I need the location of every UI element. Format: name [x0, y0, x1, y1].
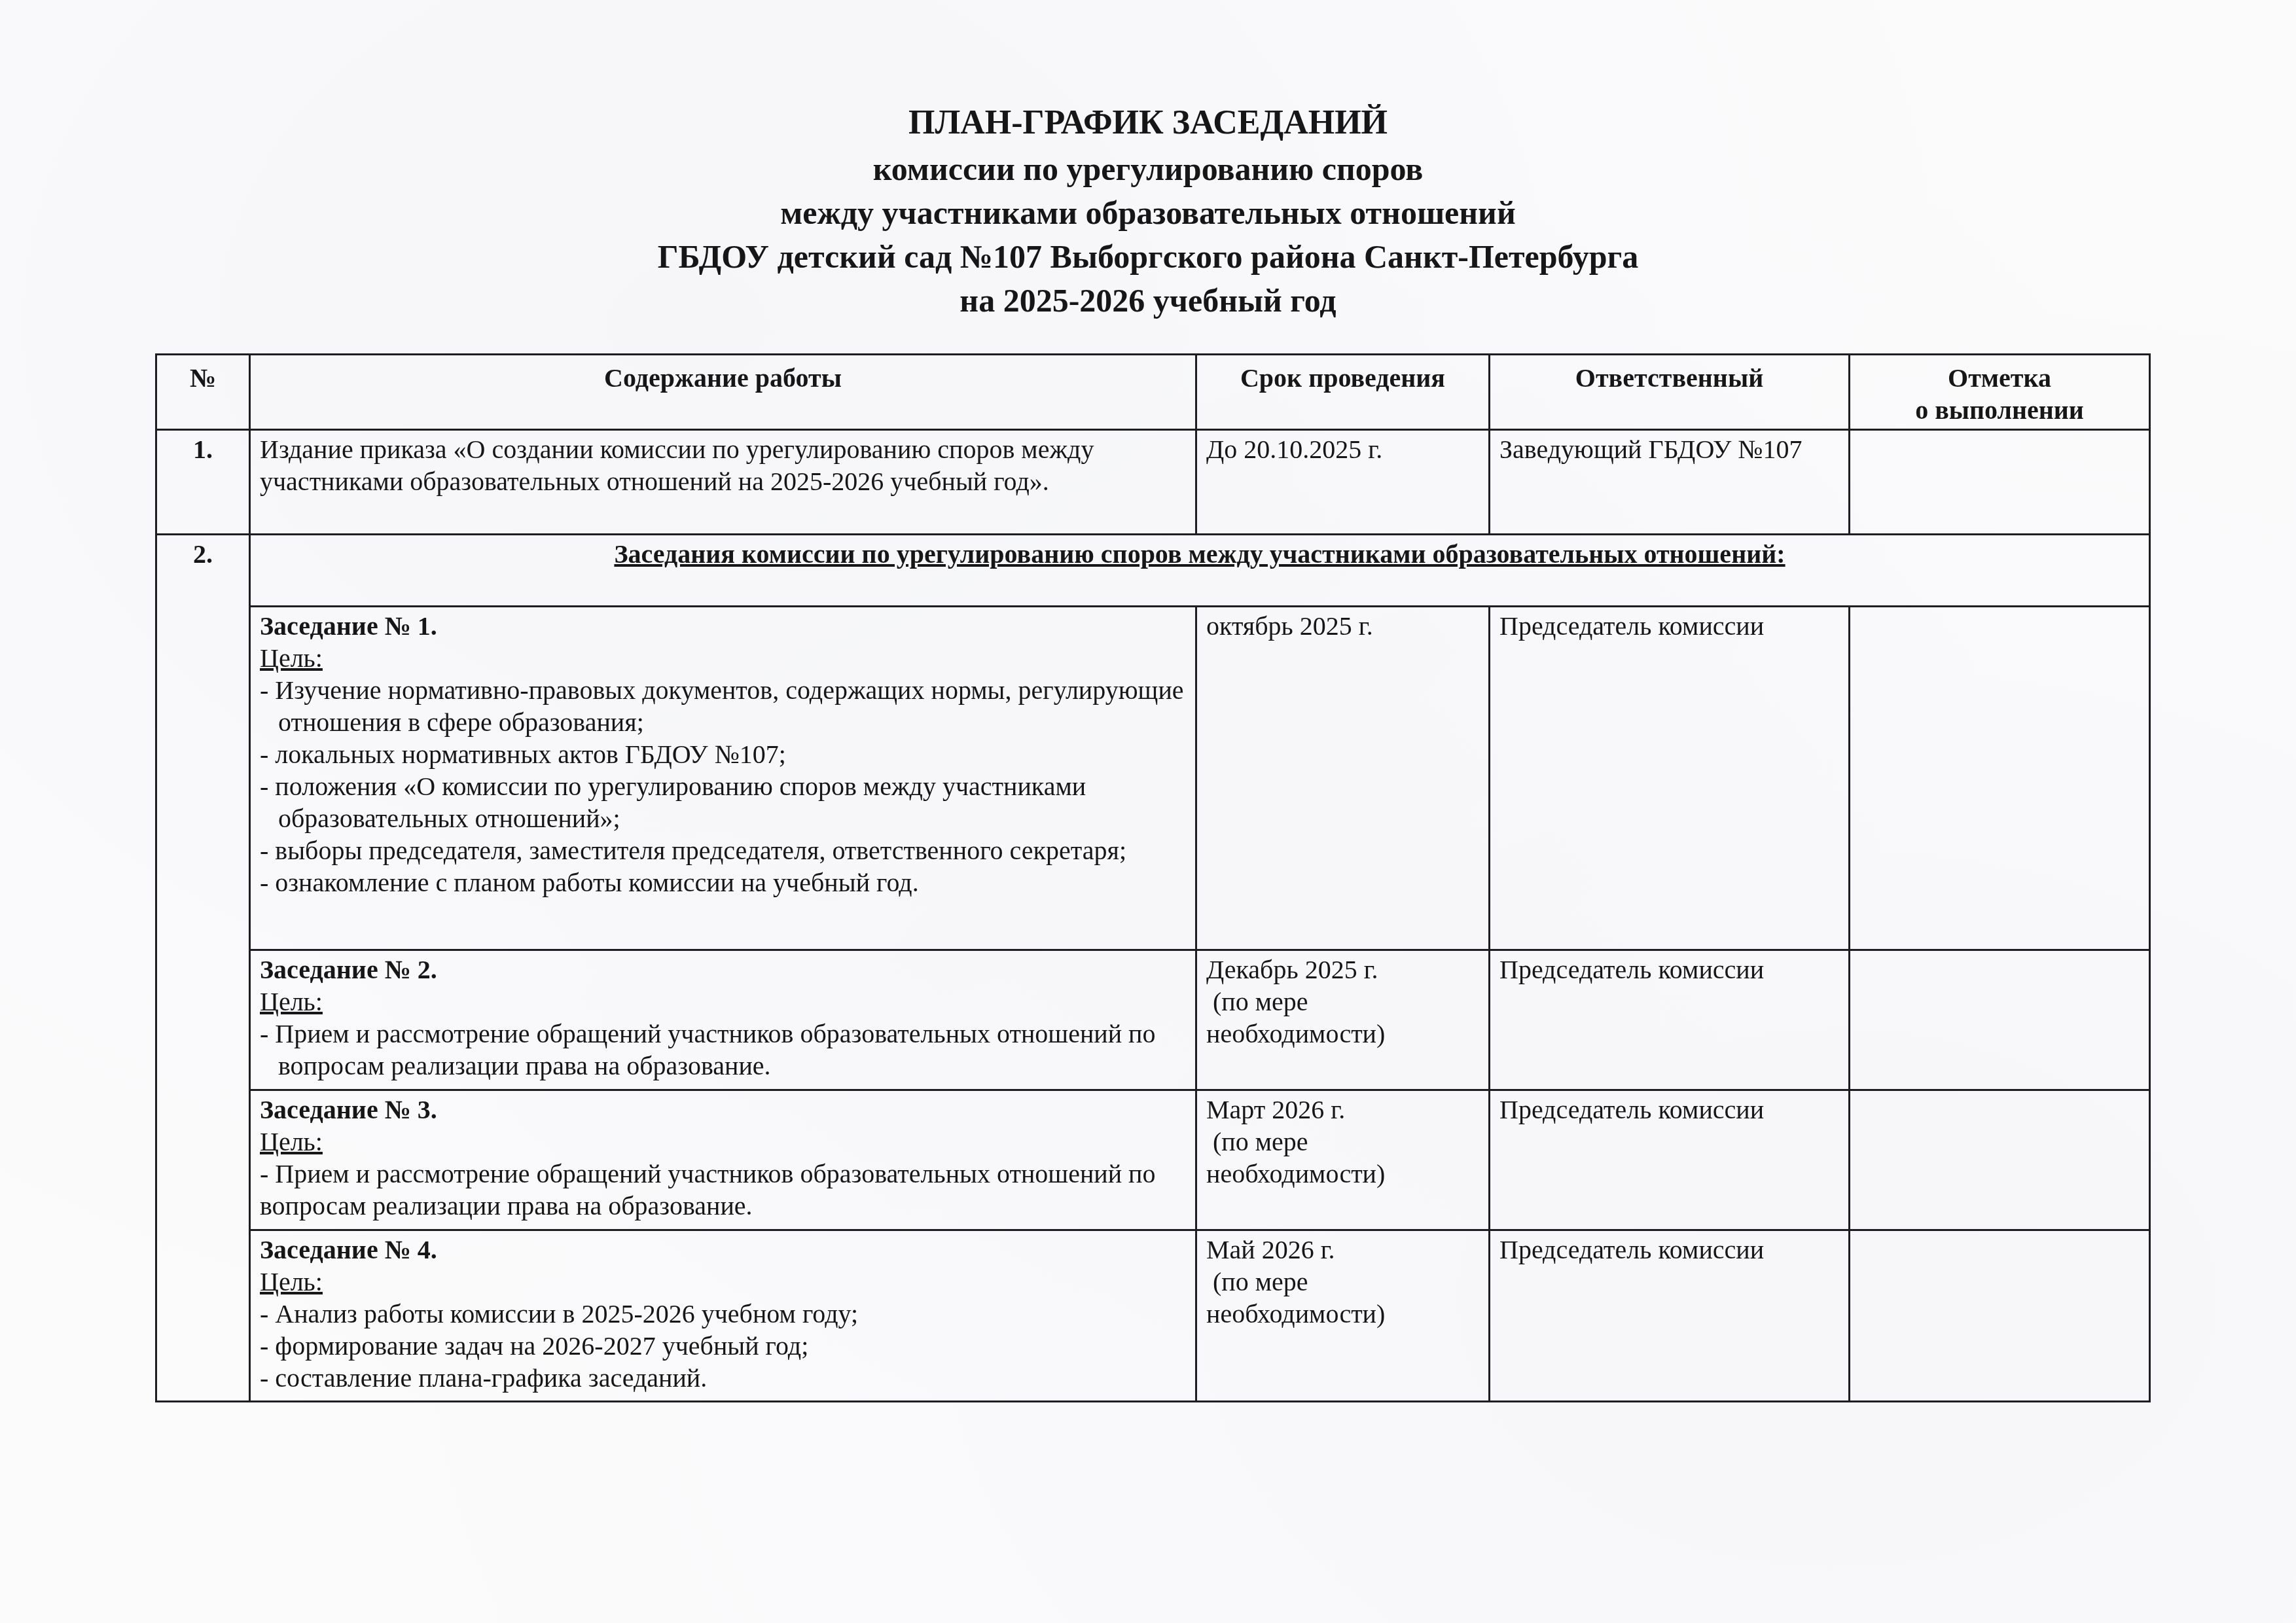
goal-item: - Изучение нормативно-правовых документо…: [260, 674, 1186, 738]
goal-label: Цель:: [260, 1266, 1186, 1298]
goal-item: - Анализ работы комиссии в 2025-2026 уче…: [260, 1298, 1186, 1330]
goal-item: - локальных нормативных актов ГБДОУ №107…: [260, 738, 1186, 770]
header-mark-line2: о выполнении: [1859, 394, 2140, 426]
section-row: 2. Заседания комиссии по урегулированию …: [156, 535, 2150, 607]
goal-label: Цель:: [260, 642, 1186, 674]
meeting-responsible: Председатель комиссии: [1490, 1230, 1850, 1402]
meeting-schedule-table: № Содержание работы Срок проведения Отве…: [155, 353, 2151, 1402]
date-line: необходимости): [1206, 1018, 1479, 1050]
meeting-responsible: Председатель комиссии: [1490, 950, 1850, 1090]
meeting-title: Заседание № 1.: [260, 610, 1186, 642]
document-page: ПЛАН-ГРАФИК ЗАСЕДАНИЙ комиссии по урегул…: [0, 0, 2296, 1623]
row-responsible: Заведующий ГБДОУ №107: [1490, 430, 1850, 535]
meeting-responsible: Председатель комиссии: [1490, 607, 1850, 950]
date-line: необходимости): [1206, 1298, 1479, 1330]
goal-item: - Прием и рассмотрение обращений участни…: [260, 1018, 1186, 1082]
goal-item: - ознакомление с планом работы комиссии …: [260, 866, 1186, 899]
meeting-content: Заседание № 4.Цель:- Анализ работы комис…: [250, 1230, 1196, 1402]
header-date: Срок проведения: [1196, 355, 1490, 430]
header-responsible: Ответственный: [1490, 355, 1850, 430]
date-line: (по мере: [1206, 986, 1479, 1018]
row-content: Издание приказа «О создании комиссии по …: [250, 430, 1196, 535]
meeting-row: Заседание № 4.Цель:- Анализ работы комис…: [156, 1230, 2150, 1402]
header-mark-line1: Отметка: [1859, 362, 2140, 394]
table-row: 1. Издание приказа «О создании комиссии …: [156, 430, 2150, 535]
row-date: До 20.10.2025 г.: [1196, 430, 1490, 535]
row-number: 1.: [156, 430, 250, 535]
date-line: Май 2026 г.: [1206, 1234, 1479, 1266]
goal-item: - составление плана-графика заседаний.: [260, 1362, 1186, 1394]
date-line: октябрь 2025 г.: [1206, 610, 1479, 642]
header-num: №: [156, 355, 250, 430]
date-line: необходимости): [1206, 1158, 1479, 1190]
meeting-mark: [1850, 1230, 2150, 1402]
meeting-content: Заседание № 2.Цель:- Прием и рассмотрени…: [250, 950, 1196, 1090]
meeting-date: Май 2026 г. (по меренеобходимости): [1196, 1230, 1490, 1402]
title-line-commission: комиссии по урегулированию споров: [0, 147, 2296, 191]
row-number: 2.: [156, 535, 250, 1402]
row-mark: [1850, 430, 2150, 535]
title-line-institution: ГБДОУ детский сад №107 Выборгского район…: [0, 235, 2296, 279]
goal-label: Цель:: [260, 1126, 1186, 1158]
meeting-mark: [1850, 950, 2150, 1090]
section-title: Заседания комиссии по урегулированию спо…: [250, 535, 2150, 607]
meeting-mark: [1850, 607, 2150, 950]
date-line: Март 2026 г.: [1206, 1094, 1479, 1126]
document-title: ПЛАН-ГРАФИК ЗАСЕДАНИЙ комиссии по урегул…: [0, 98, 2296, 323]
meeting-mark: [1850, 1090, 2150, 1230]
meeting-responsible: Председатель комиссии: [1490, 1090, 1850, 1230]
meeting-title: Заседание № 4.: [260, 1234, 1186, 1266]
title-line-year: на 2025-2026 учебный год: [0, 279, 2296, 323]
title-line-main: ПЛАН-ГРАФИК ЗАСЕДАНИЙ: [0, 98, 2296, 147]
meeting-row: Заседание № 3.Цель:- Прием и рассмотрени…: [156, 1090, 2150, 1230]
date-line: (по мере: [1206, 1126, 1479, 1158]
meeting-content: Заседание № 3.Цель:- Прием и рассмотрени…: [250, 1090, 1196, 1230]
title-line-participants: между участниками образовательных отноше…: [0, 191, 2296, 235]
goal-item: - формирование задач на 2026-2027 учебны…: [260, 1330, 1186, 1362]
meeting-row: Заседание № 1.Цель:- Изучение нормативно…: [156, 607, 2150, 950]
meeting-date: Декабрь 2025 г. (по меренеобходимости): [1196, 950, 1490, 1090]
date-line: Декабрь 2025 г.: [1206, 954, 1479, 986]
goal-label: Цель:: [260, 986, 1186, 1018]
meeting-row: Заседание № 2.Цель:- Прием и рассмотрени…: [156, 950, 2150, 1090]
date-line: (по мере: [1206, 1266, 1479, 1298]
goal-item: - положения «О комиссии по урегулировани…: [260, 770, 1186, 834]
meeting-title: Заседание № 2.: [260, 954, 1186, 986]
header-content: Содержание работы: [250, 355, 1196, 430]
goal-item: - выборы председателя, заместителя предс…: [260, 834, 1186, 866]
meeting-content: Заседание № 1.Цель:- Изучение нормативно…: [250, 607, 1196, 950]
meeting-title: Заседание № 3.: [260, 1094, 1186, 1126]
meeting-date: октябрь 2025 г.: [1196, 607, 1490, 950]
goal-item: - Прием и рассмотрение обращений участни…: [260, 1158, 1186, 1222]
table-header-row: № Содержание работы Срок проведения Отве…: [156, 355, 2150, 430]
header-mark: Отметка о выполнении: [1850, 355, 2150, 430]
meeting-date: Март 2026 г. (по меренеобходимости): [1196, 1090, 1490, 1230]
